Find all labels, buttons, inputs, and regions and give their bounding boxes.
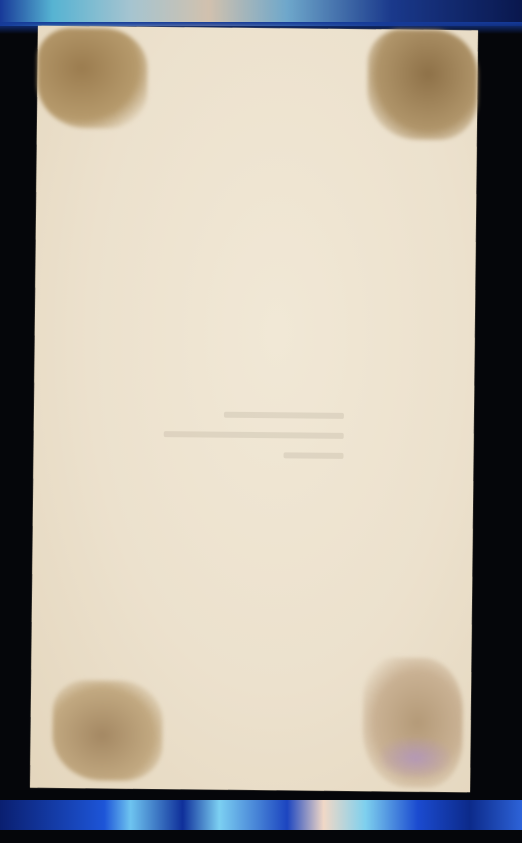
stain-top-right (367, 29, 478, 140)
stain-top-left (37, 28, 148, 129)
stain-bottom-left (52, 680, 163, 781)
stain-purple-tint (380, 737, 450, 778)
scanner-glare-bottom (0, 800, 522, 830)
scanner-glare-top (0, 0, 522, 26)
card-back (30, 26, 478, 793)
faded-print-area (163, 397, 364, 529)
